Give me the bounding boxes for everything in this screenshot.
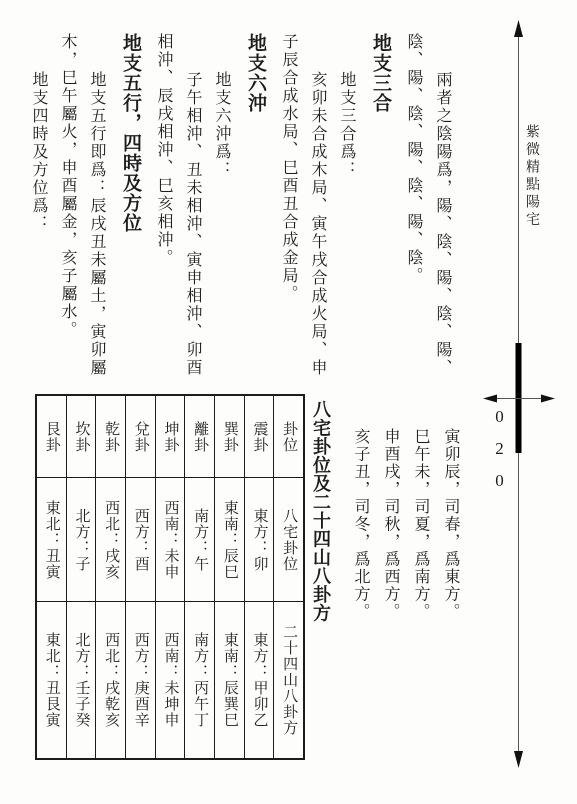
seasons-directions-block: 寅卯辰，司春，爲東方。 巳午未，司夏，爲南方。 申酉戌，司秋，爲西方。 亥子丑，…	[345, 428, 465, 678]
left-arrow-icon	[483, 395, 497, 403]
right-arrow-icon	[541, 395, 555, 403]
down-arrow-icon	[514, 751, 523, 768]
table-row-xun: 巽卦 東南：辰巳 東南：辰巽巳	[214, 396, 244, 758]
gua-cell: 巽卦	[222, 421, 237, 453]
text-column-line: 子辰合成水局、巳酉丑合成金局。	[274, 33, 303, 391]
bazhai-cell: 西南：未申	[162, 500, 177, 580]
text-column-line: 子午相沖、丑未相沖、寅申相沖、卯酉	[178, 33, 207, 391]
table-header-bazhai: 八宅卦位	[281, 508, 296, 572]
gua-cell: 離卦	[192, 421, 207, 453]
bazhai-cell: 西北：戌亥	[103, 500, 118, 580]
gua-cell: 兌卦	[133, 421, 148, 453]
bazhai-cell: 東北：丑寅	[44, 500, 59, 580]
table-row-kan: 坎卦 北方：子 北方：壬子癸	[66, 396, 96, 758]
section-heading-dizhi-liuchong: 地支六沖	[239, 33, 271, 391]
season-line: 亥子丑，司冬，爲北方。	[345, 428, 375, 678]
text-column-line: 地支四時及方位爲：	[24, 33, 53, 391]
text-column-line: 亥卯未合成木局、寅午戌合成火局、申	[303, 33, 332, 391]
mountains-cell: 西方：庚酉辛	[133, 632, 148, 728]
table-row-gen: 艮卦 東北：丑寅 東北：丑艮寅	[37, 396, 66, 758]
gua-cell: 震卦	[251, 421, 266, 453]
table-header-gua: 卦位	[281, 421, 296, 453]
mountains-cell: 東北：丑艮寅	[44, 632, 59, 728]
mountains-cell: 東南：辰巽巳	[222, 632, 237, 728]
book-title: 紫微精點陽宅	[521, 124, 541, 229]
section-heading-dizhi-wuxing: 地支五行，四時及方位	[114, 33, 146, 391]
text-column-line: 地支三合爲：	[332, 33, 361, 391]
table-header-column: 卦位 八宅卦位 二十四山八卦方	[273, 396, 303, 758]
bazhai-cell: 西方：酉	[133, 508, 148, 572]
text-column-line: 陰、陽、陰、陽、陰、陽、陰。	[399, 33, 428, 391]
mountains-cell: 西南：未坤申	[162, 632, 177, 728]
book-page: 兩者之陰陽爲，陽、陰、陽、陰、陽、 陰、陽、陰、陽、陰、陽、陰。 地支三合 地支…	[0, 0, 577, 804]
up-arrow-icon	[514, 20, 523, 37]
text-column-line: 相沖、辰戌相沖、巳亥相沖。	[149, 33, 178, 391]
table-row-zhen: 震卦 東方：卯 東方：甲卯乙	[244, 396, 274, 758]
mountains-cell: 東方：甲卯乙	[251, 632, 266, 728]
table-row-kun: 坤卦 西南：未申 西南：未坤申	[155, 396, 185, 758]
season-line: 申酉戌，司秋，爲西方。	[375, 428, 405, 678]
mountains-cell: 北方：壬子癸	[73, 632, 88, 728]
text-column-line: 木，巳午屬火，申酉屬金，亥子屬水。	[53, 33, 82, 391]
bazhai-cell: 北方：子	[73, 508, 88, 572]
gua-cell: 乾卦	[103, 421, 118, 453]
page-number: 020	[489, 407, 509, 503]
gua-cell: 艮卦	[44, 421, 59, 453]
table-header-mountains: 二十四山八卦方	[281, 624, 296, 736]
text-column-line: 兩者之陰陽爲，陽、陰、陽、陰、陽、	[428, 33, 457, 391]
bazhai-cell: 東方：卯	[251, 508, 266, 572]
table-row-qian: 乾卦 西北：戌亥 西北：戌乾亥	[95, 396, 125, 758]
mountains-cell: 南方：丙午丁	[192, 632, 207, 728]
table-row-li: 離卦 南方：午 南方：丙午丁	[184, 396, 214, 758]
gua-cell: 坤卦	[162, 421, 177, 453]
text-column-line: 地支六沖爲：	[207, 33, 236, 391]
table-row-dui: 兌卦 西方：酉 西方：庚酉辛	[125, 396, 155, 758]
text-column-line: 地支五行即爲：辰戌丑未屬土，寅卯屬	[82, 33, 111, 391]
season-line: 巳午未，司夏，爲南方。	[405, 428, 435, 678]
main-text-block: 兩者之陰陽爲，陽、陰、陽、陰、陽、 陰、陽、陰、陽、陰、陽、陰。 地支三合 地支…	[24, 33, 457, 391]
gua-cell: 坎卦	[73, 421, 88, 453]
season-line: 寅卯辰，司春，爲東方。	[435, 428, 465, 678]
bazhai-cell: 東南：辰巳	[222, 500, 237, 580]
bazhai-cell: 南方：午	[192, 508, 207, 572]
table-title: 八宅卦位及二十四山八卦方	[308, 400, 334, 622]
mountains-cell: 西北：戌乾亥	[103, 632, 118, 728]
bagua-position-table: 卦位 八宅卦位 二十四山八卦方 震卦 東方：卯 東方：甲卯乙 巽卦 東南：辰巳 …	[35, 394, 305, 760]
section-heading-dizhi-sanhe: 地支三合	[364, 33, 396, 391]
